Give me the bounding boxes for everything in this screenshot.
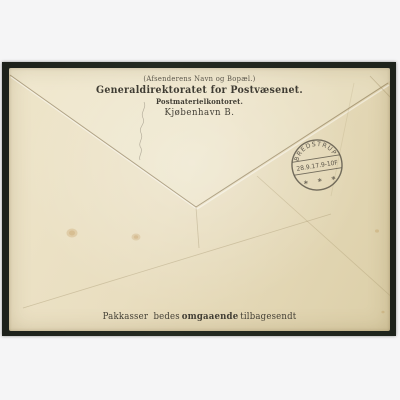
sender-line-organization: Generaldirektoratet for Postvæsenet.: [28, 84, 371, 97]
sender-line-city: Kjøbenhavn B.: [28, 106, 371, 119]
center-seam-line: [196, 207, 199, 248]
return-note-post: tilbagesendt: [240, 312, 296, 322]
postmark-stars: * * *: [303, 173, 340, 188]
return-note: Pakkasser bedesomgaaendetilbagesendt: [19, 312, 381, 322]
postmark-date: 28.9.17.9-10F: [296, 159, 339, 173]
photo-frame: BREDSTRUP 28.9.17.9-10F * * * (Afsendere…: [2, 62, 396, 336]
return-note-pre: Pakkasser bedes: [103, 312, 180, 322]
photo-background: BREDSTRUP 28.9.17.9-10F * * * (Afsendere…: [0, 0, 400, 400]
paper-stains: [67, 229, 385, 314]
sender-block: (Afsenderens Navn og Bopæl.) Generaldire…: [28, 74, 371, 119]
return-note-bold: omgaaende: [182, 312, 239, 322]
sender-line-office: Postmaterielkontoret.: [28, 97, 371, 106]
envelope-back: BREDSTRUP 28.9.17.9-10F * * * (Afsendere…: [9, 68, 390, 331]
sender-line-designation: (Afsenderens Navn og Bopæl.): [28, 74, 371, 84]
